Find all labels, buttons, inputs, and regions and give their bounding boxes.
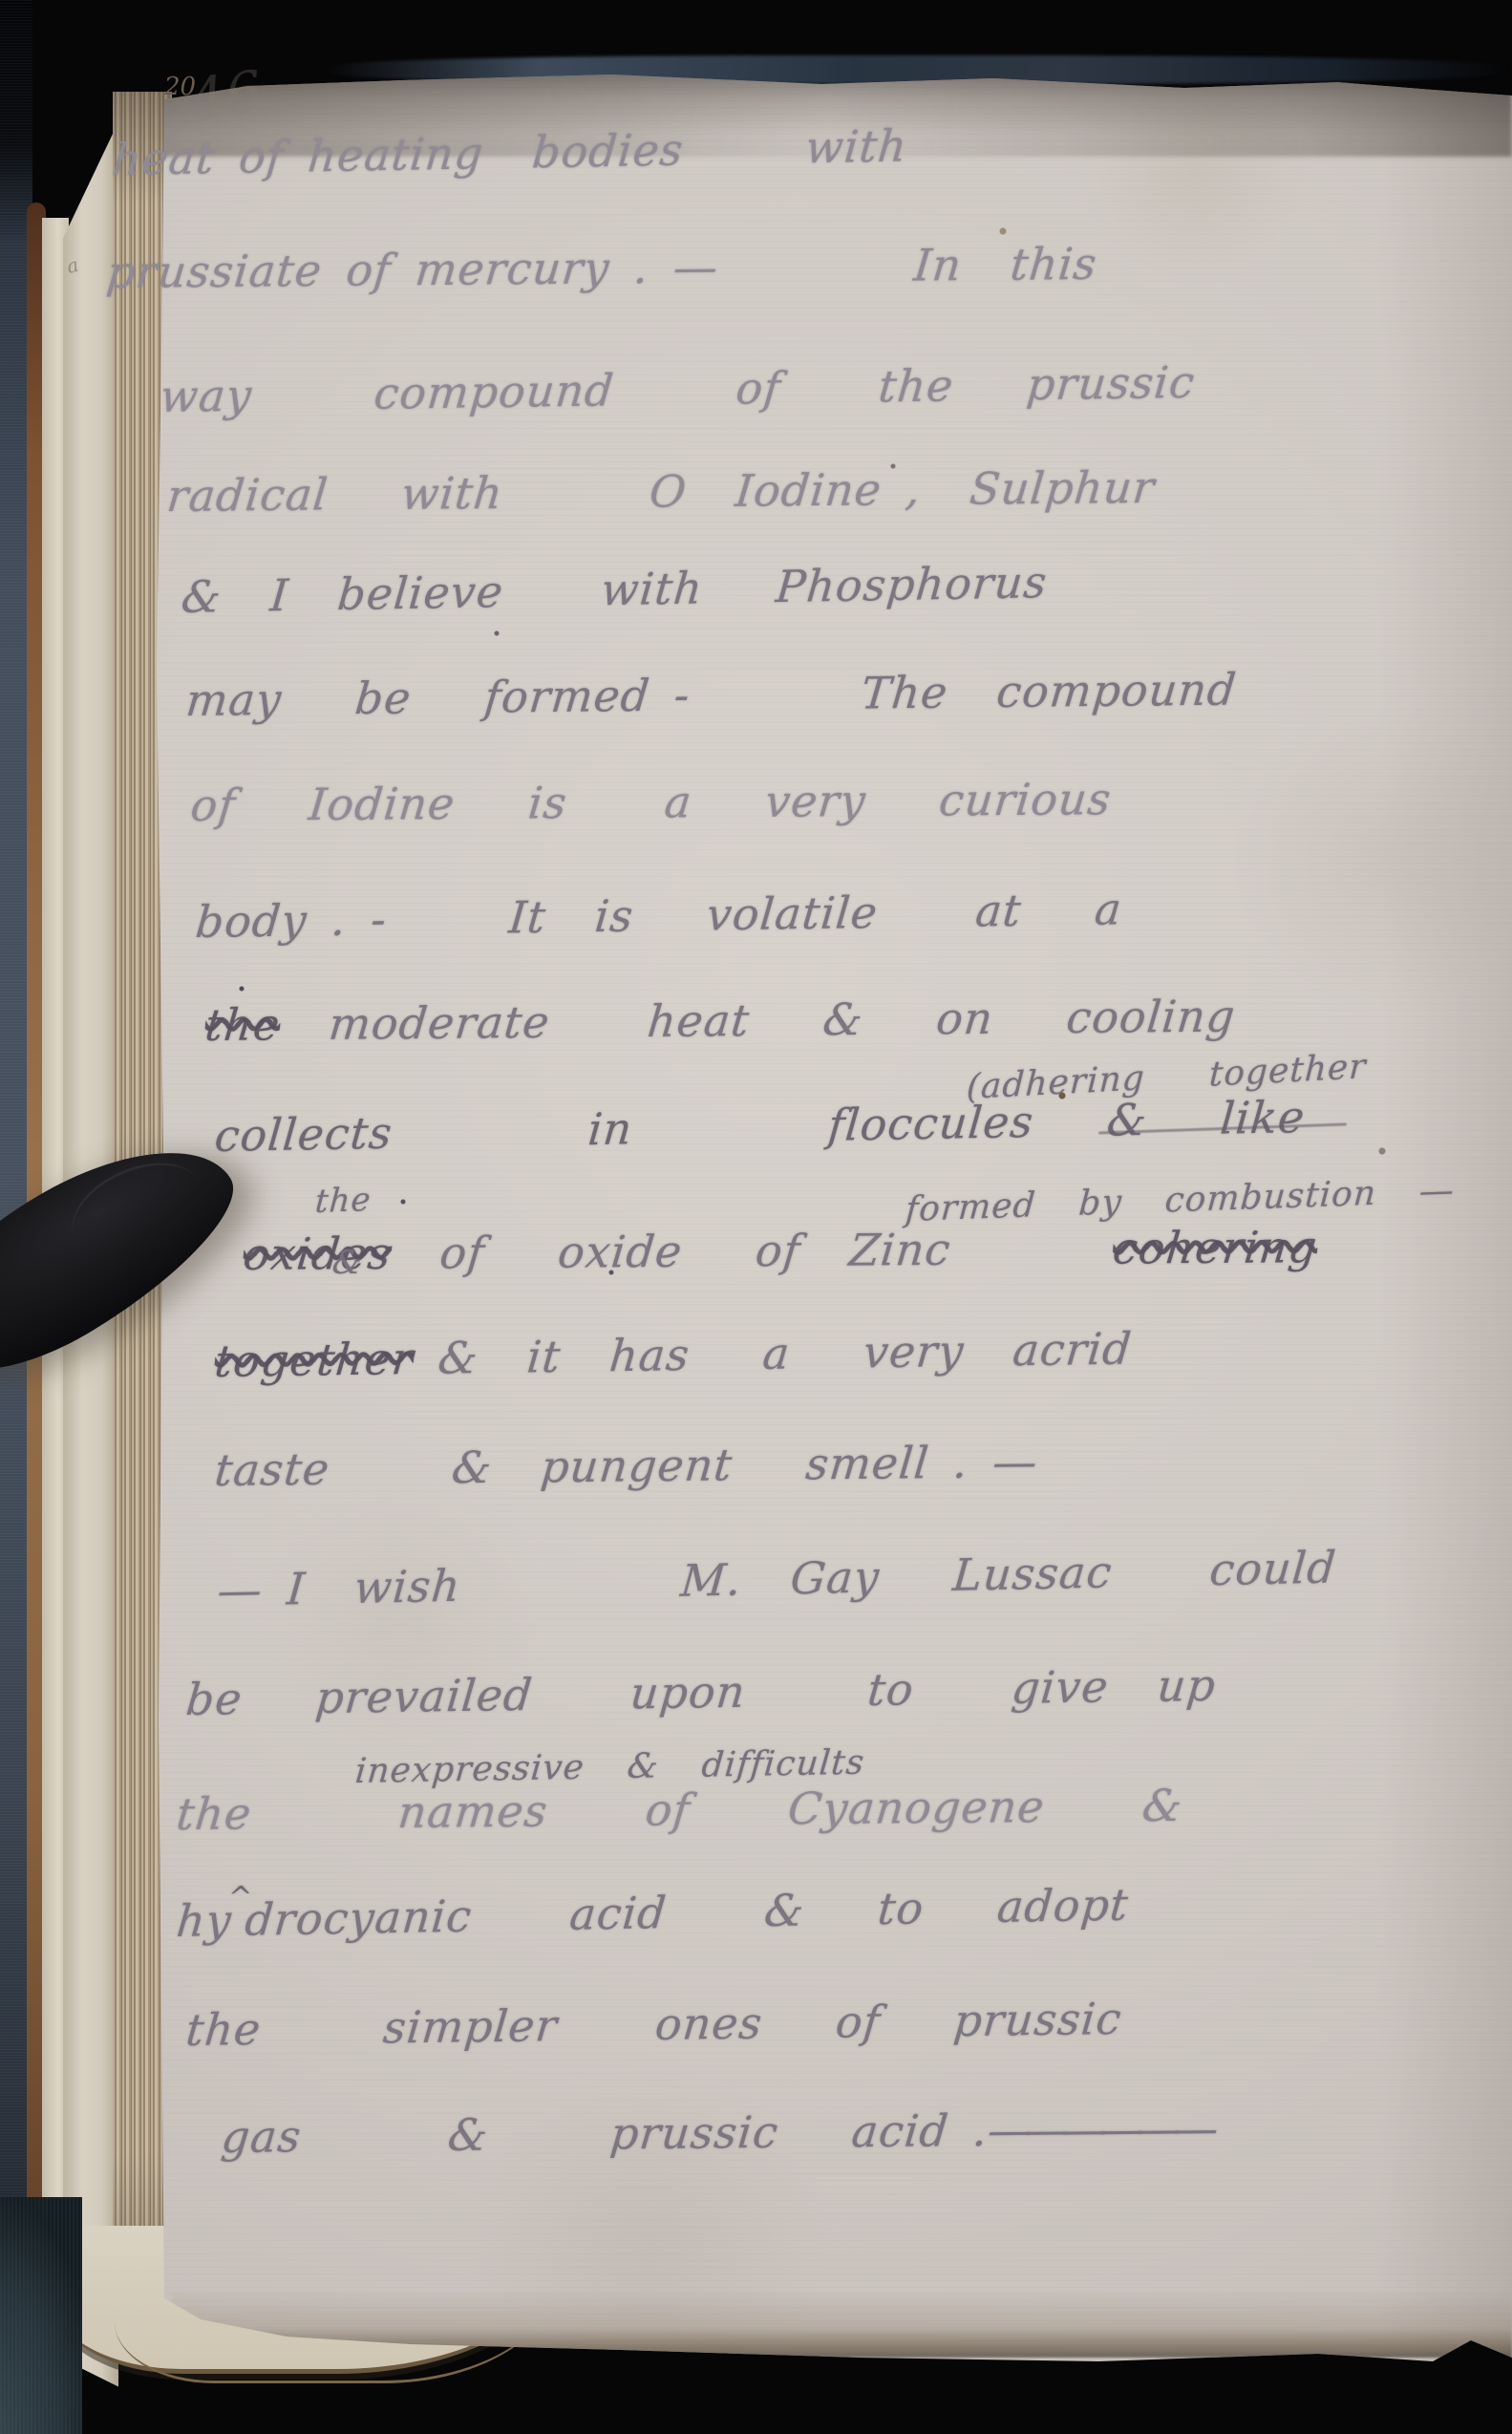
folio-number: 20 (164, 73, 196, 101)
handwriting-line-11: oxides of oxide of Zinccohering (241, 1221, 1320, 1280)
bottom-left-cover-cloth (0, 2197, 82, 2434)
manuscript-photo: 20 46 a heat of heating bodies with prus… (0, 0, 1512, 2434)
handwriting-text: hy (175, 1894, 234, 1947)
closing-flourish: —————— (986, 2103, 1214, 2156)
handwriting-text: the names of Cyanogene & (174, 1780, 1184, 1840)
handwriting-line-4: radical with O Iodine , Sulphur (164, 461, 1157, 522)
handwriting-line-13: taste & pungent smell . — (212, 1436, 1040, 1496)
handwriting-text: may be formed - The compound (183, 663, 1239, 726)
handwriting-line-2: prussiate of mercury . — In this (104, 238, 1099, 298)
handwriting-text: gas & prussic acid . (219, 2104, 990, 2163)
struck-word: together (213, 1333, 416, 1387)
handwriting-text: prussiate of mercury . — In this (104, 238, 1099, 298)
struck-word: the (202, 998, 283, 1051)
handwriting-line-9: the moderate heat & on cooling (202, 991, 1238, 1051)
handwriting-line-7: of Iodine is a very curious (188, 773, 1114, 831)
handwriting-text: & it has a very acrid (412, 1323, 1135, 1385)
struck-word: oxides (241, 1228, 394, 1280)
interline-insertion-the: the (314, 1181, 373, 1221)
handwriting-line-19: gas & prussic acid .—————— (219, 2103, 1214, 2163)
handwriting-line-16: the names of Cyanogene & (174, 1780, 1184, 1840)
handwriting-text: taste & pungent smell . — (212, 1436, 1040, 1496)
handwriting-text: the (314, 1181, 373, 1221)
handwriting-text: of oxide of Zinc (389, 1224, 953, 1279)
handwriting-text: radical with O Iodine , Sulphur (164, 461, 1157, 522)
ghost-number: 46 (185, 58, 266, 135)
handwriting-text: moderate heat & on cooling (278, 991, 1238, 1051)
handwriting-text: & (330, 1244, 364, 1282)
handwriting-text: of Iodine is a very curious (188, 773, 1114, 831)
handwriting-line-6: may be formed - The compound (183, 663, 1239, 726)
interline-insertion-ampersand: & (330, 1244, 364, 1282)
struck-word: cohering (1111, 1221, 1320, 1274)
caret-mark: ^ (226, 1881, 254, 1915)
